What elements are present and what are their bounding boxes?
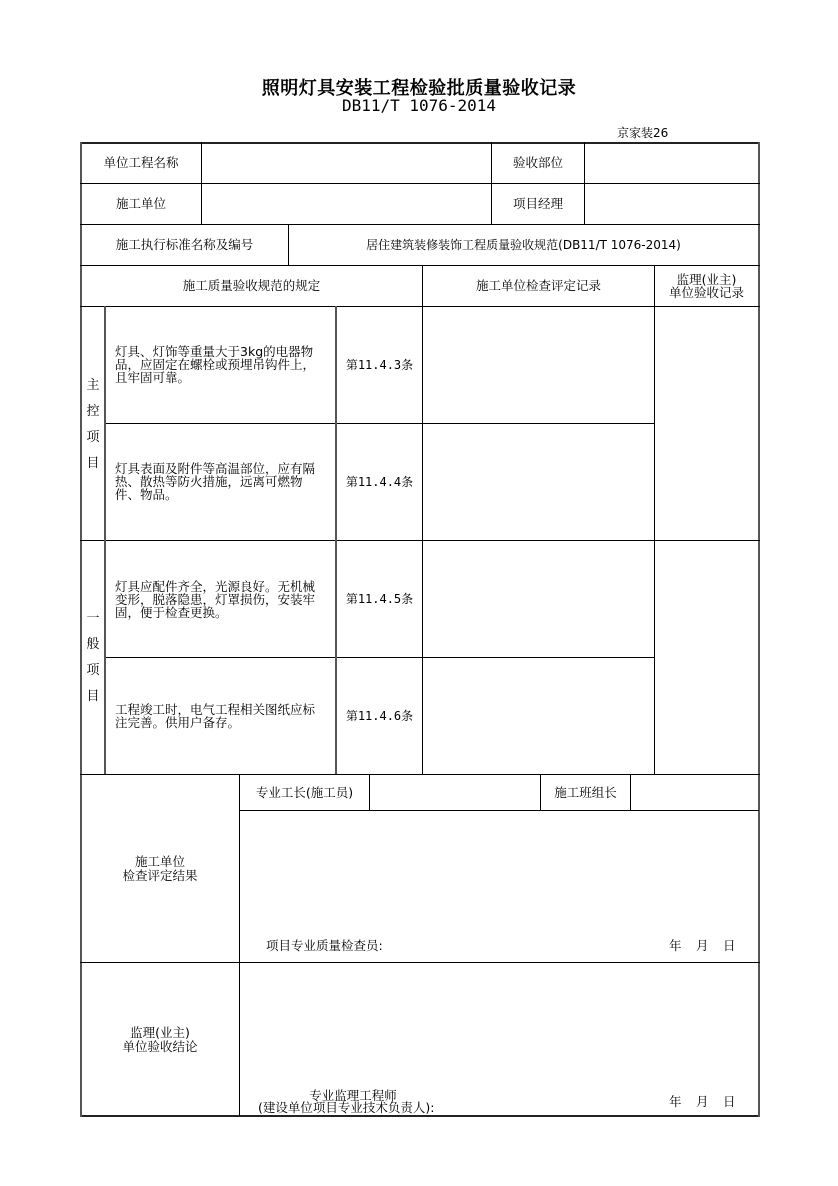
section-label-char: 项	[81, 425, 105, 451]
engineer-label-line2: (建设单位项目专业技术负责人):	[258, 1098, 434, 1116]
section-label-char: 一	[81, 606, 105, 632]
section-supervision-record[interactable]	[655, 307, 758, 540]
construction-record-header: 施工单位检查评定记录	[423, 266, 654, 306]
supervision-conclusion-label-line2: 单位验收结论	[122, 1040, 197, 1053]
construction-result-label-line1: 施工单位	[135, 855, 185, 868]
section-label-char: 主	[81, 373, 105, 399]
item-clause: 第11.4.5条	[337, 541, 422, 657]
team-leader-label: 施工班组长	[541, 775, 630, 810]
item-clause: 第11.4.3条	[337, 307, 422, 423]
item-clause: 第11.4.6条	[337, 658, 422, 774]
unit-project-name-label: 单位工程名称	[81, 143, 201, 183]
foreman-field[interactable]	[370, 775, 540, 810]
item-construction-record[interactable]	[423, 658, 654, 774]
item-requirement: 灯具应配件齐全，光源良好。无机械变形，脱落隐患，灯罩损伤，安装牢固，便于检查更换…	[115, 580, 325, 619]
date-year: 年	[669, 1092, 682, 1110]
date-year: 年	[669, 936, 682, 954]
standard-label: 施工执行标准名称及编号	[81, 225, 288, 265]
standard-value[interactable]: 居住建筑装修装饰工程质量验收规范(DB11/T 1076-2014)	[289, 225, 758, 265]
supervision-conclusion-label-line1: 监理(业主)	[130, 1026, 190, 1039]
section-label-general: 一 般 项 目	[81, 606, 105, 710]
document-subtitle: DB11/T 1076-2014	[0, 96, 838, 115]
acceptance-part-label: 验收部位	[492, 143, 584, 183]
item-construction-record[interactable]	[423, 541, 654, 657]
border-right	[758, 142, 760, 1117]
supervision-conclusion-field[interactable]	[240, 963, 758, 1073]
section-supervision-record[interactable]	[655, 541, 758, 774]
foreman-label: 专业工长(施工员)	[240, 775, 369, 810]
item-construction-record[interactable]	[423, 424, 654, 540]
item-requirement: 灯具表面及附件等高温部位，应有隔热、散热等防火措施，远离可燃物件、物品。	[115, 462, 325, 501]
team-leader-field[interactable]	[631, 775, 758, 810]
construction-unit-label: 施工单位	[81, 184, 201, 224]
supervision-record-header: 监理(业主) 单位验收记录	[655, 266, 758, 306]
standard-value-text: 居住建筑装修装饰工程质量验收规范(DB11/T 1076-2014)	[366, 239, 681, 252]
item-construction-record[interactable]	[423, 307, 654, 423]
date-month: 月	[696, 1092, 709, 1110]
date-day: 日	[723, 1092, 736, 1110]
date-day: 日	[723, 936, 736, 954]
construction-result-label-line2: 检查评定结果	[122, 869, 197, 882]
acceptance-part-field[interactable]	[585, 143, 758, 183]
inspector-label: 项目专业质量检查员:	[266, 936, 383, 954]
form-code: 京家装26	[617, 124, 668, 141]
supervision-conclusion-label: 监理(业主) 单位验收结论	[81, 963, 239, 1116]
section-label-char: 项	[81, 658, 105, 684]
section-label-char: 控	[81, 399, 105, 425]
section-label-main-control: 主 控 项 目	[81, 373, 105, 477]
item-clause: 第11.4.4条	[337, 424, 422, 540]
item-requirement: 工程竣工时，电气工程相关图纸应标注完善。供用户备存。	[115, 703, 325, 729]
item-requirement: 灯具、灯饰等重量大于3kg的电器物品，应固定在螺栓或预埋吊钩件上，且牢固可靠。	[115, 345, 325, 384]
project-manager-label: 项目经理	[492, 184, 584, 224]
section-label-char: 般	[81, 632, 105, 658]
construction-result-label: 施工单位 检查评定结果	[81, 775, 239, 962]
project-manager-field[interactable]	[585, 184, 758, 224]
section-label-char: 目	[81, 451, 105, 477]
unit-project-name-field[interactable]	[202, 143, 491, 183]
spec-header: 施工质量验收规范的规定	[81, 266, 422, 306]
construction-result-field[interactable]	[240, 811, 758, 921]
section-label-char: 目	[81, 684, 105, 710]
supervision-record-header-line2: 单位验收记录	[669, 286, 744, 299]
construction-unit-field[interactable]	[202, 184, 491, 224]
date-month: 月	[696, 936, 709, 954]
